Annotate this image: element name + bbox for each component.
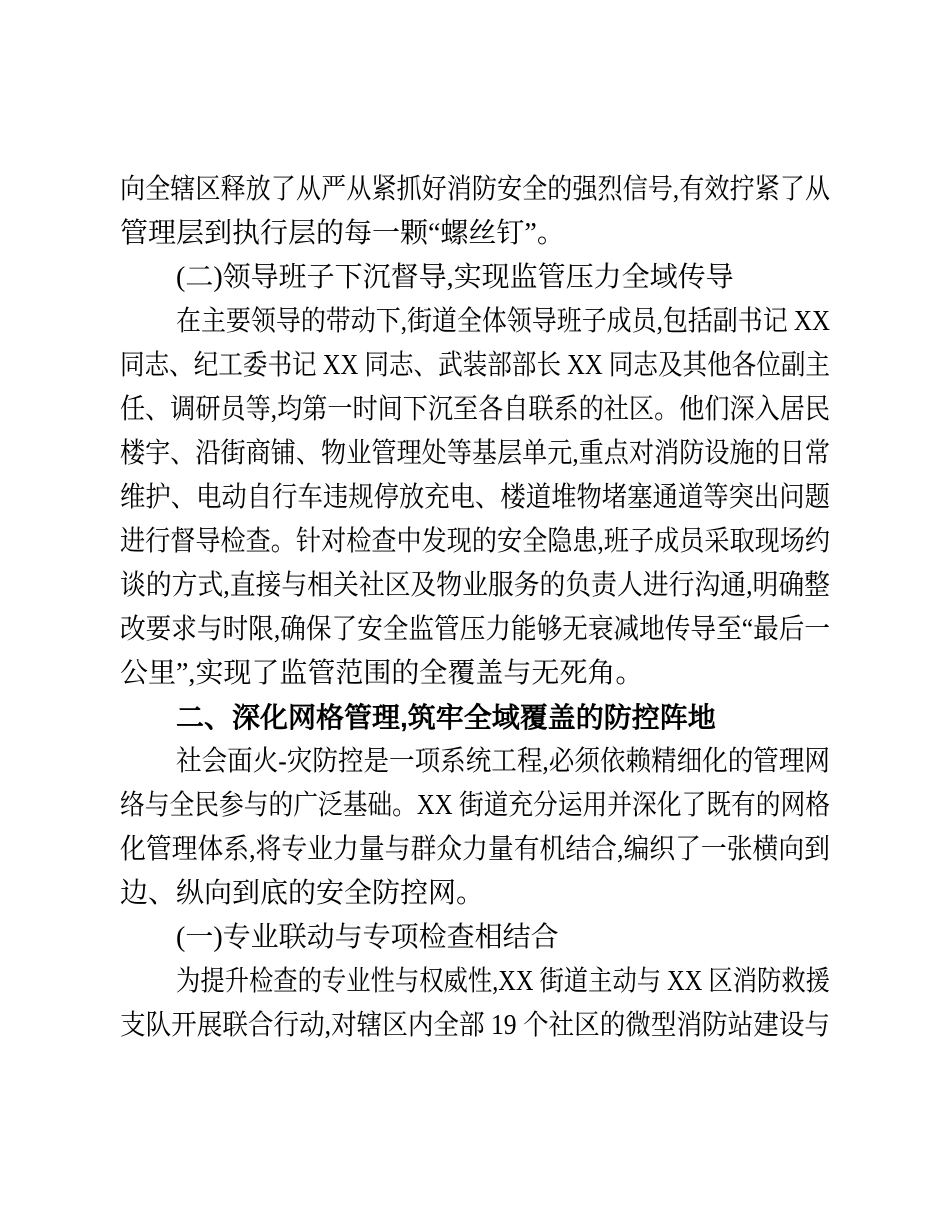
body-line-text: 社会面火-灾防控是一项系统工程,必须依赖精细化的管理网: [176, 740, 830, 784]
subsection-heading-text: (一)专业联动与专项检查相结合: [176, 916, 559, 960]
body-line: 社会面火-灾防控是一项系统工程,必须依赖精细化的管理网: [120, 740, 830, 784]
body-line: 维护、电动自行车违规停放充电、楼道堆物堵塞通道等突出问题: [120, 476, 830, 520]
document-page: 向全辖区释放了从严从紧抓好消防安全的强烈信号,有效拧紧了从 管理层到执行层的每一…: [0, 0, 950, 1230]
body-line: 为提升检查的专业性与权威性,XX 街道主动与 XX 区消防救援: [120, 960, 830, 1004]
body-line: 支队开展联合行动,对辖区内全部 19 个社区的微型消防站建设与: [120, 1004, 830, 1048]
body-line: 络与全民参与的广泛基础。XX 街道充分运用并深化了既有的网格: [120, 784, 830, 828]
body-line-text: 进行督导检查。针对检查中发现的安全隐患,班子成员采取现场约: [120, 520, 830, 564]
body-line-text: 络与全民参与的广泛基础。XX 街道充分运用并深化了既有的网格: [120, 784, 830, 828]
body-line-text: 管理层到执行层的每一颗“螺丝钉”。: [120, 212, 565, 256]
body-line: 同志、纪工委书记 XX 同志、武装部部长 XX 同志及其他各位副主: [120, 344, 830, 388]
document-text-block: 向全辖区释放了从严从紧抓好消防安全的强烈信号,有效拧紧了从 管理层到执行层的每一…: [120, 168, 830, 1048]
body-line: 在主要领导的带动下,街道全体领导班子成员,包括副书记 XX: [120, 300, 830, 344]
body-line-text: 同志、纪工委书记 XX 同志、武装部部长 XX 同志及其他各位副主: [120, 344, 830, 388]
body-line-text: 向全辖区释放了从严从紧抓好消防安全的强烈信号,有效拧紧了从: [120, 168, 830, 212]
body-line: 化管理体系,将专业力量与群众力量有机结合,编织了一张横向到: [120, 828, 830, 872]
subsection-heading-text: (二)领导班子下沉督导,实现监管压力全域传导: [176, 256, 734, 300]
subsection-heading: (一)专业联动与专项检查相结合: [120, 916, 830, 960]
body-line-text: 为提升检查的专业性与权威性,XX 街道主动与 XX 区消防救援: [176, 960, 830, 1004]
body-line-text: 维护、电动自行车违规停放充电、楼道堆物堵塞通道等突出问题: [120, 476, 830, 520]
body-line-text: 改要求与时限,确保了安全监管压力能够无衰减地传导至“最后一: [120, 608, 830, 652]
body-line: 改要求与时限,确保了安全监管压力能够无衰减地传导至“最后一: [120, 608, 830, 652]
body-line-text: 化管理体系,将专业力量与群众力量有机结合,编织了一张横向到: [120, 828, 830, 872]
body-line-text: 在主要领导的带动下,街道全体领导班子成员,包括副书记 XX: [176, 300, 830, 344]
body-line: 边、纵向到底的安全防控网。: [120, 872, 830, 916]
body-line-text: 谈的方式,直接与相关社区及物业服务的负责人进行沟通,明确整: [120, 564, 830, 608]
body-line-text: 任、调研员等,均第一时间下沉至各自联系的社区。他们深入居民: [120, 388, 830, 432]
subsection-heading: (二)领导班子下沉督导,实现监管压力全域传导: [120, 256, 830, 300]
body-line: 向全辖区释放了从严从紧抓好消防安全的强烈信号,有效拧紧了从: [120, 168, 830, 212]
body-line: 楼宇、沿街商铺、物业管理处等基层单元,重点对消防设施的日常: [120, 432, 830, 476]
body-line: 进行督导检查。针对检查中发现的安全隐患,班子成员采取现场约: [120, 520, 830, 564]
body-line-text: 边、纵向到底的安全防控网。: [120, 872, 484, 916]
body-line: 任、调研员等,均第一时间下沉至各自联系的社区。他们深入居民: [120, 388, 830, 432]
body-line: 管理层到执行层的每一颗“螺丝钉”。: [120, 212, 830, 256]
section-heading-text: 二、深化网格管理,筑牢全域覆盖的防控阵地: [176, 696, 716, 740]
body-line-text: 公里”,实现了监管范围的全覆盖与无死角。: [120, 652, 643, 696]
body-line-text: 支队开展联合行动,对辖区内全部 19 个社区的微型消防站建设与: [120, 1004, 830, 1048]
body-line: 谈的方式,直接与相关社区及物业服务的负责人进行沟通,明确整: [120, 564, 830, 608]
section-heading: 二、深化网格管理,筑牢全域覆盖的防控阵地: [120, 696, 830, 740]
body-line-text: 楼宇、沿街商铺、物业管理处等基层单元,重点对消防设施的日常: [120, 432, 830, 476]
body-line: 公里”,实现了监管范围的全覆盖与无死角。: [120, 652, 830, 696]
